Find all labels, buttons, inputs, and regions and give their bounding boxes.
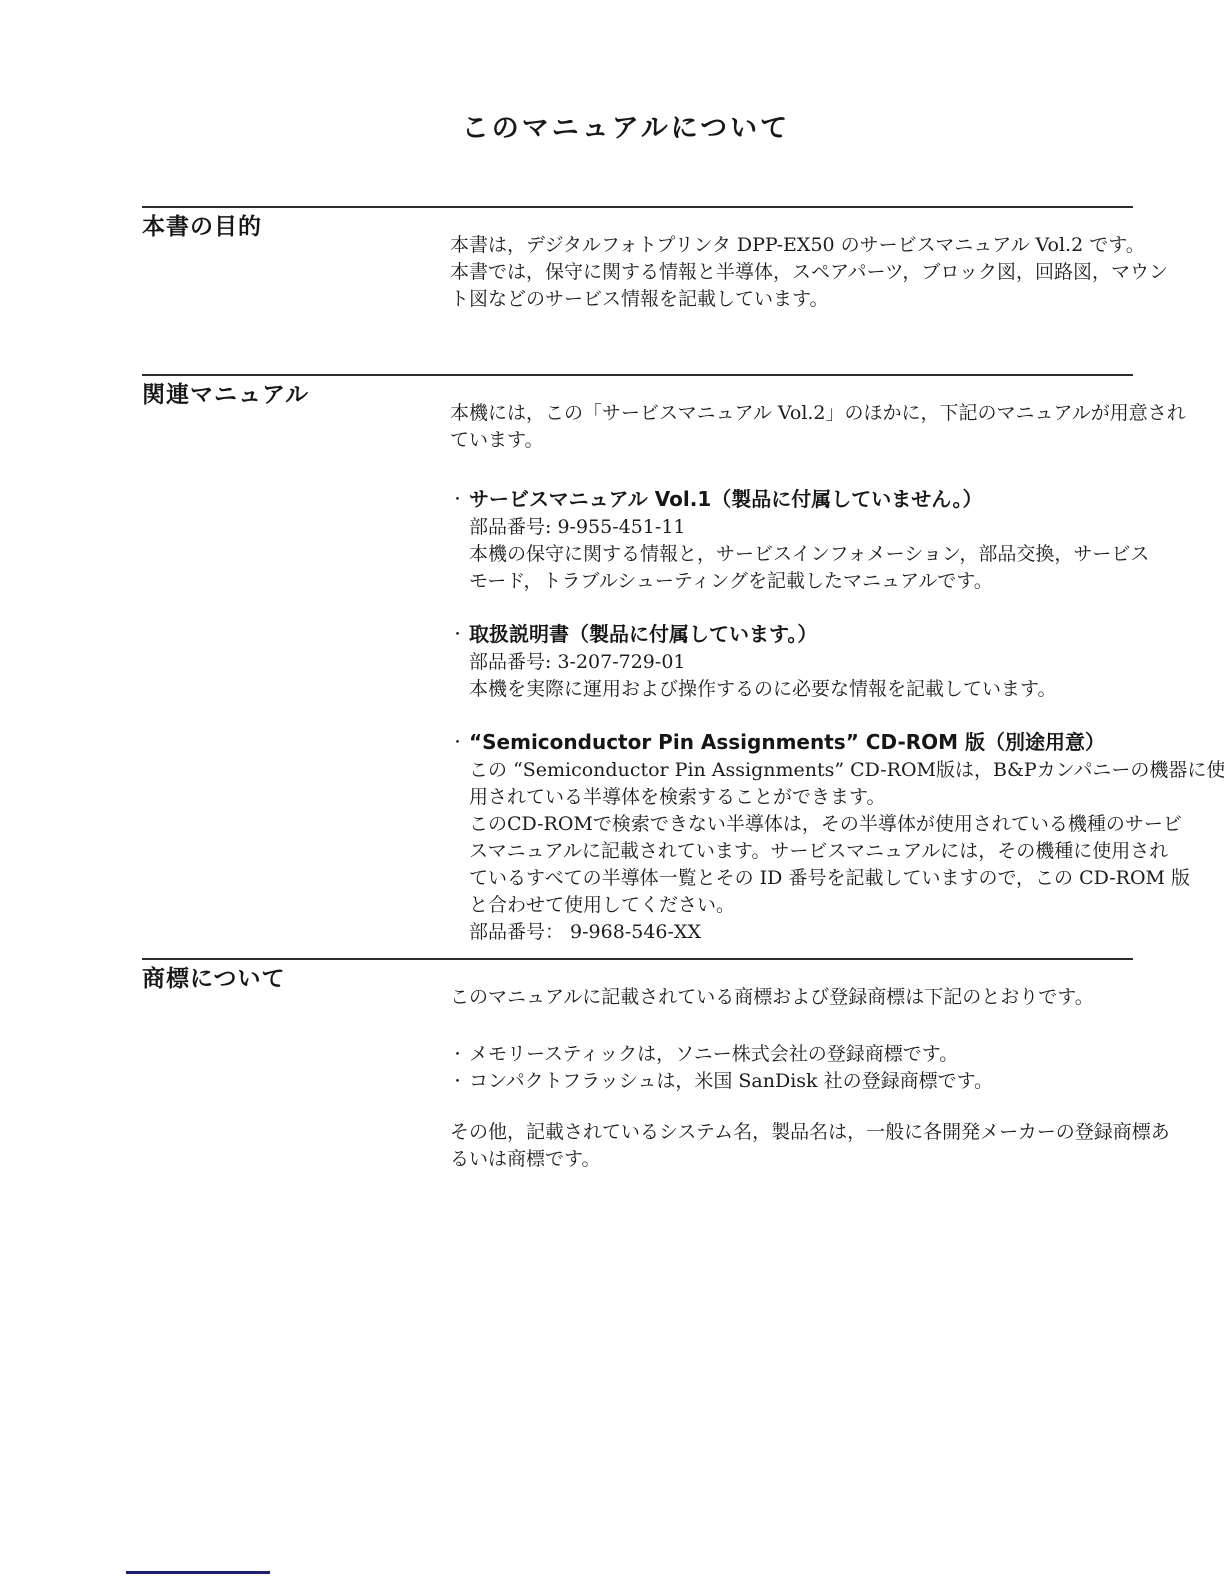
body-line: 本機の保守に関する情報と，サービスインフォメーション，部品交換，サービス: [469, 541, 1149, 568]
bullet-icon: ・: [450, 619, 469, 649]
section-heading-trademarks: 商標について: [142, 960, 450, 1173]
section-heading-purpose: 本書の目的: [142, 208, 450, 313]
manual-item-title: サービスマニュアル Vol.1（製品に付属していません。）: [469, 484, 1149, 514]
body-line: 本書は，デジタルフォトプリンタ DPP-EX50 のサービスマニュアル Vol.…: [450, 232, 1133, 259]
body-line: このマニュアルに記載されている商標および登録商標は下記のとおりです。: [450, 984, 1133, 1011]
body-line: メモリースティックは，ソニー株式会社の登録商標です。: [469, 1041, 1133, 1068]
manual-item-title: 取扱説明書（製品に付属しています。）: [469, 619, 1133, 649]
body-line: その他，記載されているシステム名，製品名は，一般に各開発メーカーの登録商標あ: [450, 1119, 1133, 1146]
section-body-trademarks: このマニュアルに記載されている商標および登録商標は下記のとおりです。 ・ メモリ…: [450, 960, 1133, 1173]
spacer: [450, 595, 1133, 619]
footer-rule: [126, 1571, 270, 1574]
body-line: このCD-ROMで検索できない半導体は，その半導体が使用されている機種のサービ: [469, 811, 1224, 838]
body-line: スマニュアルに記載されています。サービスマニュアルには，その機種に使用され: [469, 838, 1224, 865]
body-line: ています。: [450, 427, 1133, 454]
body-line: コンパクトフラッシュは，米国 SanDisk 社の登録商標です。: [469, 1068, 1133, 1095]
bullet-icon: ・: [450, 484, 469, 514]
spacer: [450, 454, 1133, 484]
body-line: 用されている半導体を検索することができます。: [469, 784, 1224, 811]
body-line: 本書では，保守に関する情報と半導体，スペアパーツ，ブロック図，回路図，マウン: [450, 259, 1133, 286]
section-related-manuals: 関連マニュアル 本機には，この「サービスマニュアル Vol.2」のほかに，下記の…: [142, 374, 1133, 946]
document-page: このマニュアルについて 本書の目的 本書は，デジタルフォトプリンタ DPP-EX…: [0, 0, 1224, 1584]
spacer: [450, 1011, 1133, 1041]
bullet-icon: ・: [450, 1041, 469, 1068]
manual-list-item-operating-instructions: ・ 取扱説明書（製品に付属しています。） 部品番号: 3-207-729-01 …: [450, 619, 1133, 703]
section-trademarks: 商標について このマニュアルに記載されている商標および登録商標は下記のとおりです…: [142, 958, 1133, 1173]
trademark-item-memory-stick: ・ メモリースティックは，ソニー株式会社の登録商標です。: [450, 1041, 1133, 1068]
body-line: 本機には，この「サービスマニュアル Vol.2」のほかに，下記のマニュアルが用意…: [450, 400, 1133, 427]
spacer: [450, 703, 1133, 727]
spacer: [450, 1095, 1133, 1119]
page-title: このマニュアルについて: [0, 0, 1224, 146]
body-line: 本機を実際に運用および操作するのに必要な情報を記載しています。: [469, 676, 1133, 703]
trademark-item-compact-flash: ・ コンパクトフラッシュは，米国 SanDisk 社の登録商標です。: [450, 1068, 1133, 1095]
body-line: ているすべての半導体一覧とその ID 番号を記載していますので，この CD-RO…: [469, 865, 1224, 892]
manual-list-item-cdrom: ・ “Semiconductor Pin Assignments” CD-ROM…: [450, 727, 1133, 946]
section-body-related-manuals: 本機には，この「サービスマニュアル Vol.2」のほかに，下記のマニュアルが用意…: [450, 376, 1133, 946]
manual-item-title: “Semiconductor Pin Assignments” CD-ROM 版…: [469, 727, 1224, 757]
bullet-icon: ・: [450, 727, 469, 757]
part-number: 部品番号: 9-955-451-11: [469, 514, 1149, 541]
bullet-icon: ・: [450, 1068, 469, 1095]
body-line: モード，トラブルシューティングを記載したマニュアルです。: [469, 568, 1149, 595]
body-line: ト図などのサービス情報を記載しています。: [450, 286, 1133, 313]
part-number: 部品番号: 3-207-729-01: [469, 649, 1133, 676]
section-purpose: 本書の目的 本書は，デジタルフォトプリンタ DPP-EX50 のサービスマニュア…: [142, 206, 1133, 313]
part-number: 部品番号： 9-968-546-XX: [469, 919, 1224, 946]
body-line: と合わせて使用してください。: [469, 892, 1224, 919]
section-body-purpose: 本書は，デジタルフォトプリンタ DPP-EX50 のサービスマニュアル Vol.…: [450, 208, 1133, 313]
section-heading-related-manuals: 関連マニュアル: [142, 376, 450, 946]
manual-list-item-vol1: ・ サービスマニュアル Vol.1（製品に付属していません。） 部品番号: 9-…: [450, 484, 1133, 595]
body-line: るいは商標です。: [450, 1146, 1133, 1173]
body-line: この “Semiconductor Pin Assignments” CD-RO…: [469, 757, 1224, 784]
